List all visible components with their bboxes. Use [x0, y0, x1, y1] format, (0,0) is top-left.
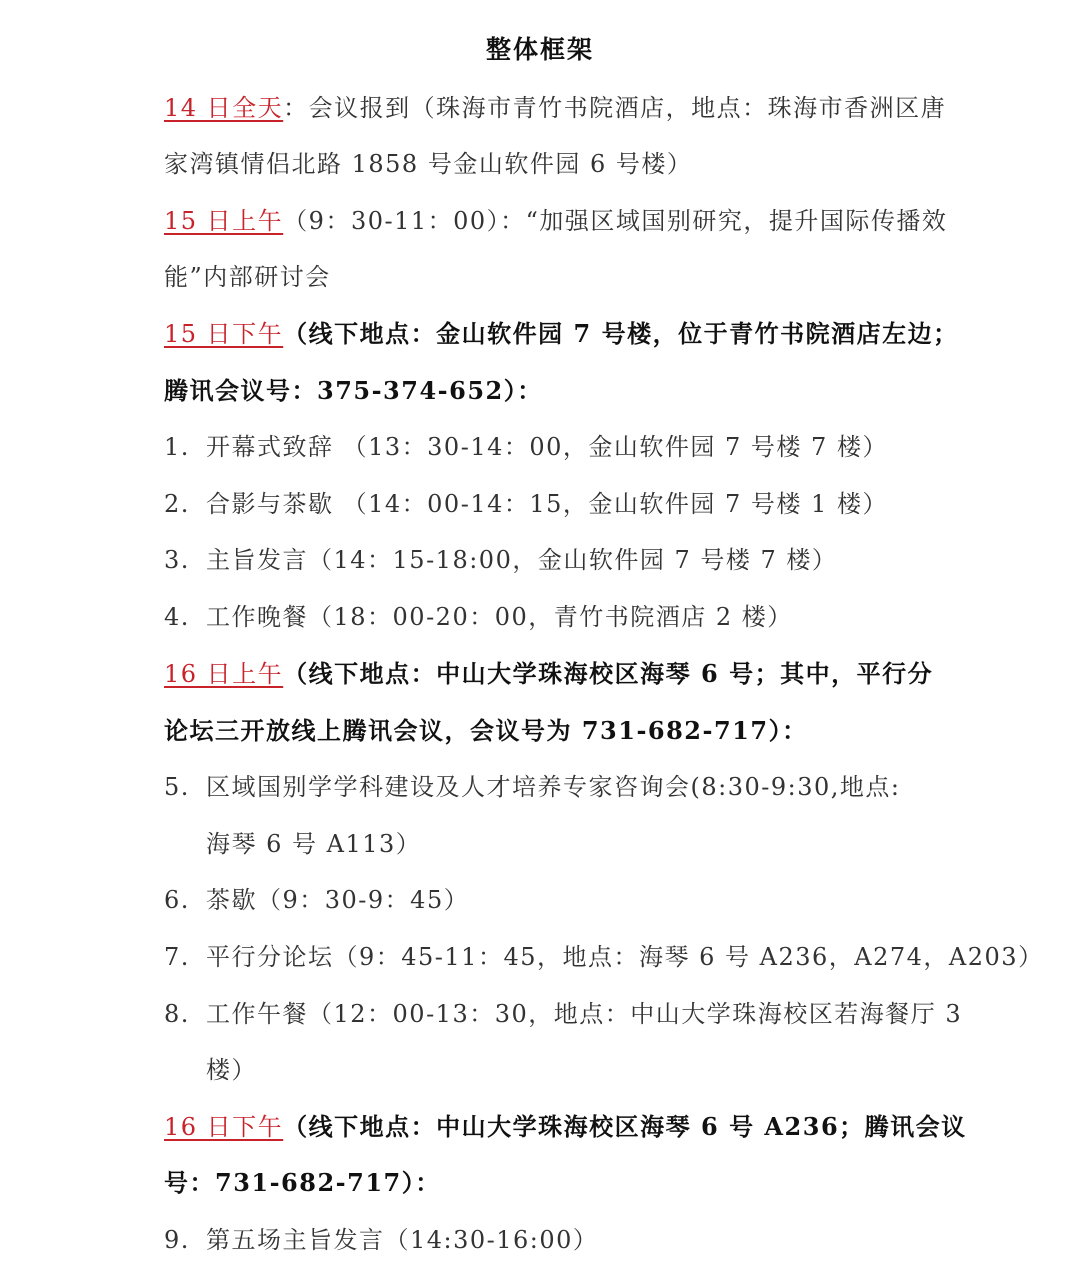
list-item: 6.茶歇（9：30-9：45）: [164, 885, 469, 915]
item-number: 6.: [164, 885, 206, 915]
item-number: 9.: [164, 1225, 206, 1255]
section-14-line2: 家湾镇情侣北路 1858 号金山软件园 6 号楼）: [164, 149, 692, 179]
section-text: （线下地点：金山软件园 7 号楼，位于青竹书院酒店左边；: [283, 319, 958, 348]
list-item: 4.工作晚餐（18：00-20：00，青竹书院酒店 2 楼）: [164, 602, 793, 632]
list-item: 9.第五场主旨发言（14:30-16:00）: [164, 1225, 598, 1255]
page-title: 整体框架: [0, 30, 1080, 66]
date-label: 16 日下午: [164, 1113, 283, 1141]
section-text: （9：30-11：00）：“加强区域国别研究，提升国际传播效: [283, 207, 947, 235]
item-text: 合影与茶歇 （14：00-14：15，金山软件园 7 号楼 1 楼）: [206, 490, 888, 518]
item-number: 8.: [164, 999, 206, 1029]
item-text: 工作晚餐（18：00-20：00，青竹书院酒店 2 楼）: [206, 603, 793, 631]
item-number: 1.: [164, 432, 206, 462]
section-14-line1: 14 日全天：会议报到（珠海市青竹书院酒店，地点：珠海市香洲区唐: [164, 93, 946, 123]
date-label: 15 日上午: [164, 207, 283, 235]
section-15pm-line1: 15 日下午（线下地点：金山软件园 7 号楼，位于青竹书院酒店左边；: [164, 319, 959, 349]
item-text: 区域国别学学科建设及人才培养专家咨询会(8:30-9:30,地点:: [206, 773, 900, 801]
list-item: 7.平行分论坛（9：45-11：45，地点：海琴 6 号 A236，A274，A…: [164, 942, 1044, 972]
item-text: 开幕式致辞 （13：30-14：00，金山软件园 7 号楼 7 楼）: [206, 433, 888, 461]
section-text: （线下地点：中山大学珠海校区海琴 6 号 A236；腾讯会议: [283, 1112, 966, 1141]
item-text: 工作午餐（12：00-13：30，地点：中山大学珠海校区若海餐厅 3: [206, 1000, 962, 1028]
section-15am-line2: 能”内部研讨会: [164, 262, 331, 292]
date-label: 16 日上午: [164, 660, 283, 688]
section-16pm-line2: 号：731-682-717）：: [164, 1168, 441, 1198]
list-item: 1.开幕式致辞 （13：30-14：00，金山软件园 7 号楼 7 楼）: [164, 432, 888, 462]
list-item: 5.区域国别学学科建设及人才培养专家咨询会(8:30-9:30,地点:: [164, 772, 900, 802]
list-item: 3.主旨发言（14：15-18:00，金山软件园 7 号楼 7 楼）: [164, 545, 837, 575]
item-text: 平行分论坛（9：45-11：45，地点：海琴 6 号 A236，A274，A20…: [206, 943, 1044, 971]
item-text: 主旨发言（14：15-18:00，金山软件园 7 号楼 7 楼）: [206, 546, 837, 574]
section-16am-line1: 16 日上午（线下地点：中山大学珠海校区海琴 6 号；其中，平行分: [164, 659, 933, 689]
item-number: 3.: [164, 545, 206, 575]
list-item-continuation: 楼）: [206, 1055, 257, 1085]
item-number: 7.: [164, 942, 206, 972]
date-label: 14 日全天: [164, 94, 283, 122]
list-item: 8.工作午餐（12：00-13：30，地点：中山大学珠海校区若海餐厅 3: [164, 999, 962, 1029]
item-number: 5.: [164, 772, 206, 802]
item-text: 第五场主旨发言（14:30-16:00）: [206, 1226, 598, 1254]
section-16pm-line1: 16 日下午（线下地点：中山大学珠海校区海琴 6 号 A236；腾讯会议: [164, 1112, 967, 1142]
list-item-continuation: 海琴 6 号 A113）: [206, 829, 421, 859]
item-number: 4.: [164, 602, 206, 632]
date-label: 15 日下午: [164, 320, 283, 348]
item-text: 茶歇（9：30-9：45）: [206, 886, 469, 914]
item-number: 2.: [164, 489, 206, 519]
section-text: （线下地点：中山大学珠海校区海琴 6 号；其中，平行分: [283, 659, 933, 688]
section-15pm-line2: 腾讯会议号：375-374-652）：: [164, 376, 543, 406]
section-text: ：会议报到（珠海市青竹书院酒店，地点：珠海市香洲区唐: [283, 94, 946, 122]
list-item: 2.合影与茶歇 （14：00-14：15，金山软件园 7 号楼 1 楼）: [164, 489, 888, 519]
section-16am-line2: 论坛三开放线上腾讯会议，会议号为 731-682-717）：: [164, 716, 808, 746]
section-15am-line1: 15 日上午（9：30-11：00）：“加强区域国别研究，提升国际传播效: [164, 206, 947, 236]
